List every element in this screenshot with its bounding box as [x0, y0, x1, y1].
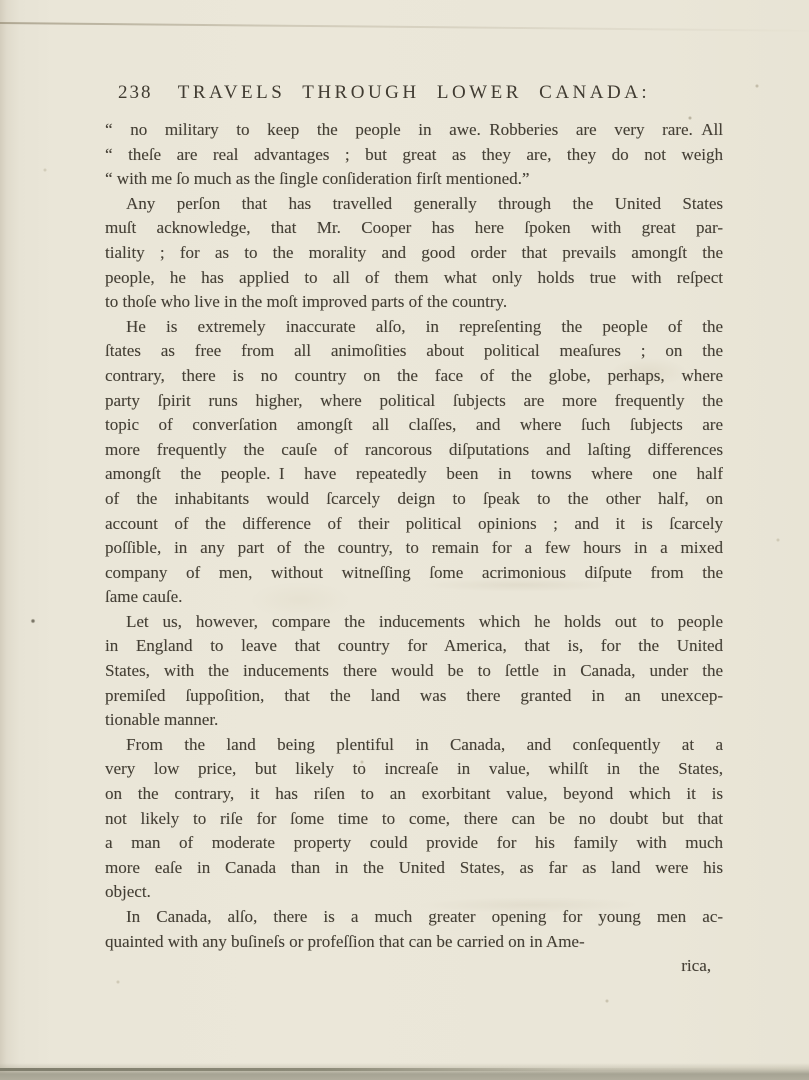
text-line: to thoſe who live in the moſt improved p…: [105, 290, 723, 315]
text-line: topic of converſation amongſt all claſſe…: [105, 413, 723, 438]
text-line: people, he has applied to all of them wh…: [105, 266, 723, 291]
text-line: Any perſon that has travelled generally …: [105, 192, 723, 217]
text-line: of the inhabitants would ſcarcely deign …: [105, 487, 723, 512]
text-line: more eaſe in Canada than in the United S…: [105, 856, 723, 881]
text-line: Let us, however, compare the inducements…: [105, 610, 723, 635]
text-line: premiſed ſuppoſition, that the land was …: [105, 684, 723, 709]
text-block: “ no military to keep the people in awe.…: [105, 118, 723, 979]
running-title: TRAVELS THROUGH LOWER CANADA:: [105, 80, 723, 106]
book-page-scan: 238 TRAVELS THROUGH LOWER CANADA: “ no m…: [0, 0, 809, 1080]
paragraph: Any perſon that has travelled generally …: [105, 192, 723, 315]
text-line: on the contrary, it has riſen to an exor…: [105, 782, 723, 807]
running-header: 238 TRAVELS THROUGH LOWER CANADA:: [105, 80, 723, 106]
text-line: “ with me ſo much as the ſingle conſider…: [105, 167, 723, 192]
text-line: very low price, but likely to increaſe i…: [105, 757, 723, 782]
text-line: amongſt the people. I have repeatedly be…: [105, 462, 723, 487]
page-bottom-edge: [0, 1063, 809, 1080]
text-line: a man of moderate property could provide…: [105, 831, 723, 856]
text-line: company of men, without witneſſing ſome …: [105, 561, 723, 586]
paragraph: From the land being plentiful in Canada,…: [105, 733, 723, 905]
text-line: He is extremely inaccurate alſo, in repr…: [105, 315, 723, 340]
text-line: poſſible, in any part of the country, to…: [105, 536, 723, 561]
text-line: From the land being plentiful in Canada,…: [105, 733, 723, 758]
text-line: “ no military to keep the people in awe.…: [105, 118, 723, 143]
catchword: rica,: [105, 954, 723, 979]
text-line: ſame cauſe.: [105, 585, 723, 610]
text-line: not likely to riſe for ſome time to come…: [105, 807, 723, 832]
paragraph: In Canada, alſo, there is a much greater…: [105, 905, 723, 954]
paragraph: “ no military to keep the people in awe.…: [105, 118, 723, 192]
text-line: contrary, there is no country on the fac…: [105, 364, 723, 389]
text-line: in England to leave that country for Ame…: [105, 634, 723, 659]
text-line: account of the difference of their polit…: [105, 512, 723, 537]
text-line: tiality ; for as to the morality and goo…: [105, 241, 723, 266]
text-line: more frequently the cauſe of rancorous d…: [105, 438, 723, 463]
text-line: party ſpirit runs higher, where politica…: [105, 389, 723, 414]
paper-crease: [0, 22, 809, 32]
text-line: quainted with any buſineſs or profeſſion…: [105, 930, 723, 955]
text-line: object.: [105, 880, 723, 905]
text-line: tionable manner.: [105, 708, 723, 733]
text-line: In Canada, alſo, there is a much greater…: [105, 905, 723, 930]
paragraph: Let us, however, compare the inducements…: [105, 610, 723, 733]
text-line: “ theſe are real advantages ; but great …: [105, 143, 723, 168]
paragraph: He is extremely inaccurate alſo, in repr…: [105, 315, 723, 610]
text-line: ſtates as free from all animoſities abou…: [105, 339, 723, 364]
text-line: States, with the inducements there would…: [105, 659, 723, 684]
text-line: muſt acknowledge, that Mr. Cooper has he…: [105, 216, 723, 241]
page-number: 238: [118, 80, 153, 106]
